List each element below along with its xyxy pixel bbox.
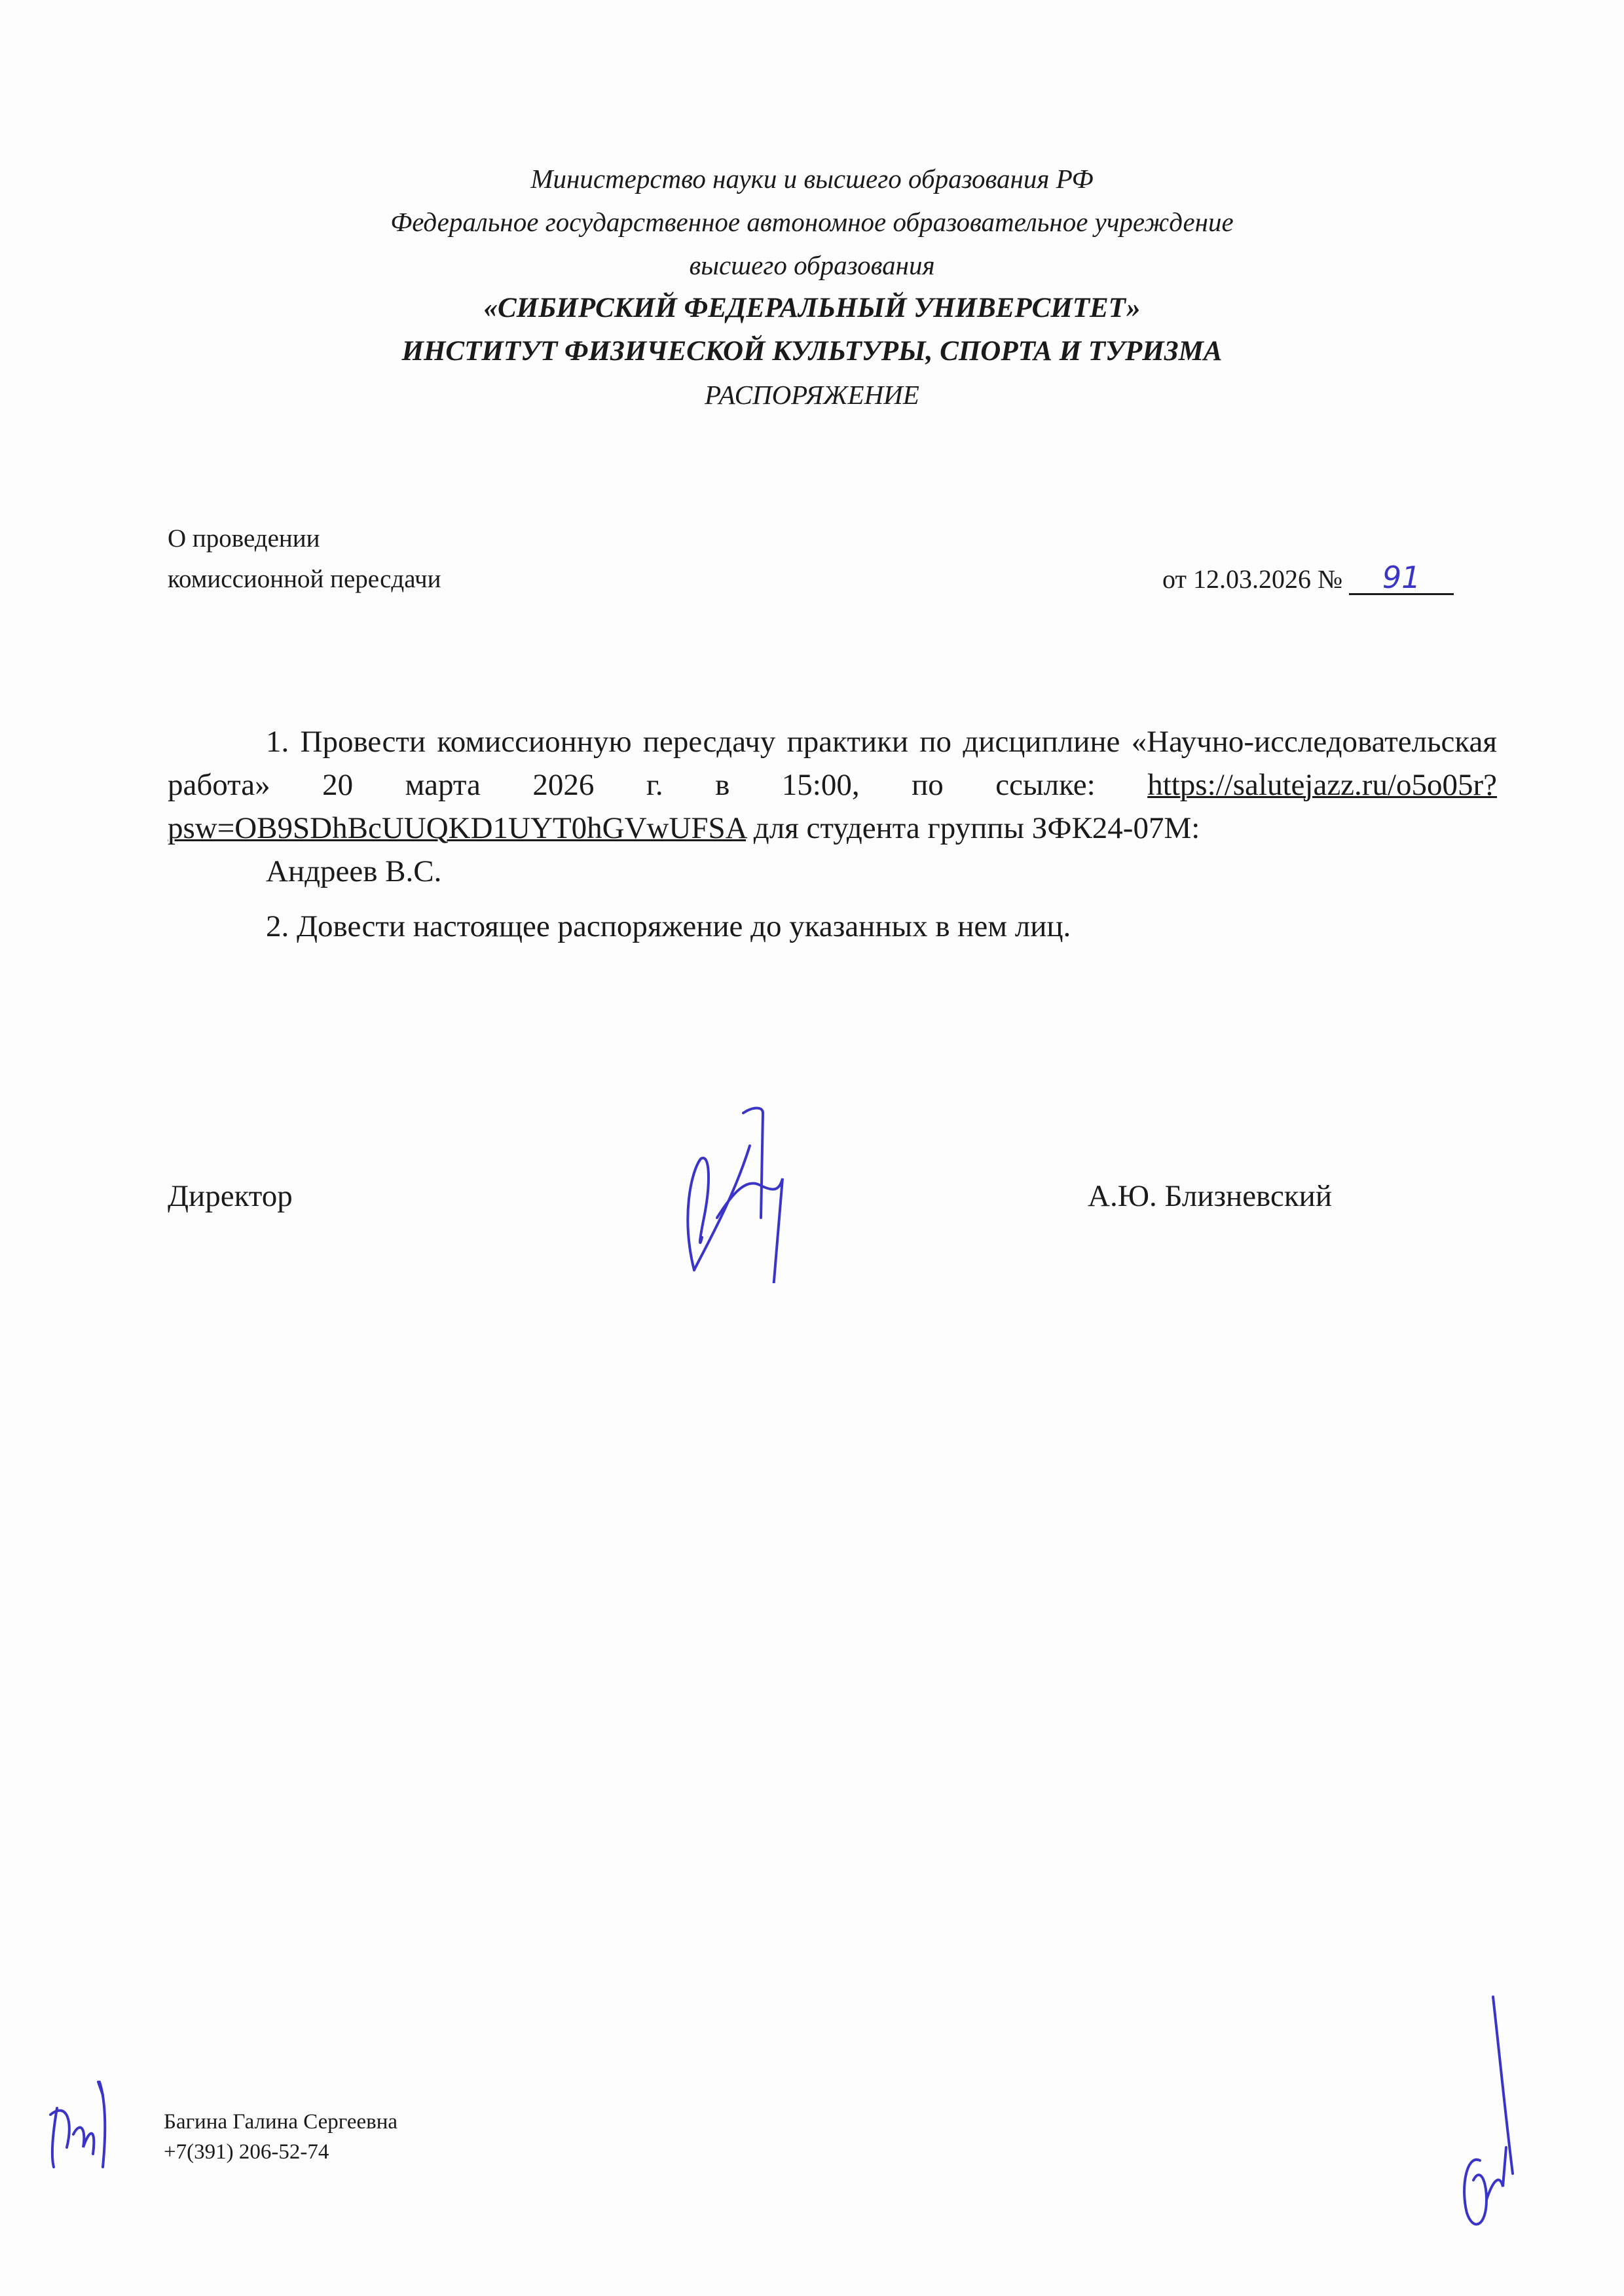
- institution-type-line-2: высшего образования: [0, 244, 1624, 287]
- order-body: 1. Провести комиссионную пересдачу практ…: [168, 720, 1497, 948]
- institute-name: ИНСТИТУТ ФИЗИЧЕСКОЙ КУЛЬТУРЫ, СПОРТА И Т…: [0, 330, 1624, 373]
- order-date: от 12.03.2026 №: [1162, 564, 1342, 594]
- letterhead: Министерство науки и высшего образования…: [0, 157, 1624, 416]
- subject-line-1: О проведении: [168, 519, 441, 559]
- executor-contact: Багина Галина Сергеевна +7(391) 206-52-7…: [164, 2107, 397, 2167]
- document-page: Министерство науки и высшего образования…: [0, 0, 1624, 2296]
- signer-name: А.Ю. Близневский: [1088, 1178, 1332, 1214]
- ministry-line: Министерство науки и высшего образования…: [0, 157, 1624, 200]
- executor-name: Багина Галина Сергеевна: [164, 2107, 397, 2137]
- item-2: 2. Довести настоящее распоряжение до ука…: [168, 905, 1497, 948]
- order-subject: О проведении комиссионной пересдачи: [168, 519, 441, 600]
- institution-type-line-1: Федеральное государственное автономное о…: [0, 200, 1624, 244]
- director-signature-icon: [655, 1087, 864, 1283]
- order-number-handwritten: 91: [1349, 562, 1454, 595]
- student-name: Андреев В.С.: [168, 850, 1497, 893]
- order-date-number: от 12.03.2026 №91: [1162, 559, 1454, 600]
- signer-title: Директор: [168, 1178, 293, 1214]
- university-name: «СИБИРСКИЙ ФЕДЕРАЛЬНЫЙ УНИВЕРСИТЕТ»: [0, 287, 1624, 330]
- approval-signature-icon: [1447, 1990, 1526, 2239]
- executor-initials-icon: [41, 2069, 126, 2174]
- document-type: РАСПОРЯЖЕНИЕ: [0, 373, 1624, 416]
- item-1: 1. Провести комиссионную пересдачу практ…: [168, 720, 1497, 850]
- executor-phone: +7(391) 206-52-74: [164, 2137, 397, 2167]
- item-1-group: для студента группы ЗФК24-07М:: [746, 811, 1200, 845]
- subject-line-2: комиссионной пересдачи: [168, 559, 441, 600]
